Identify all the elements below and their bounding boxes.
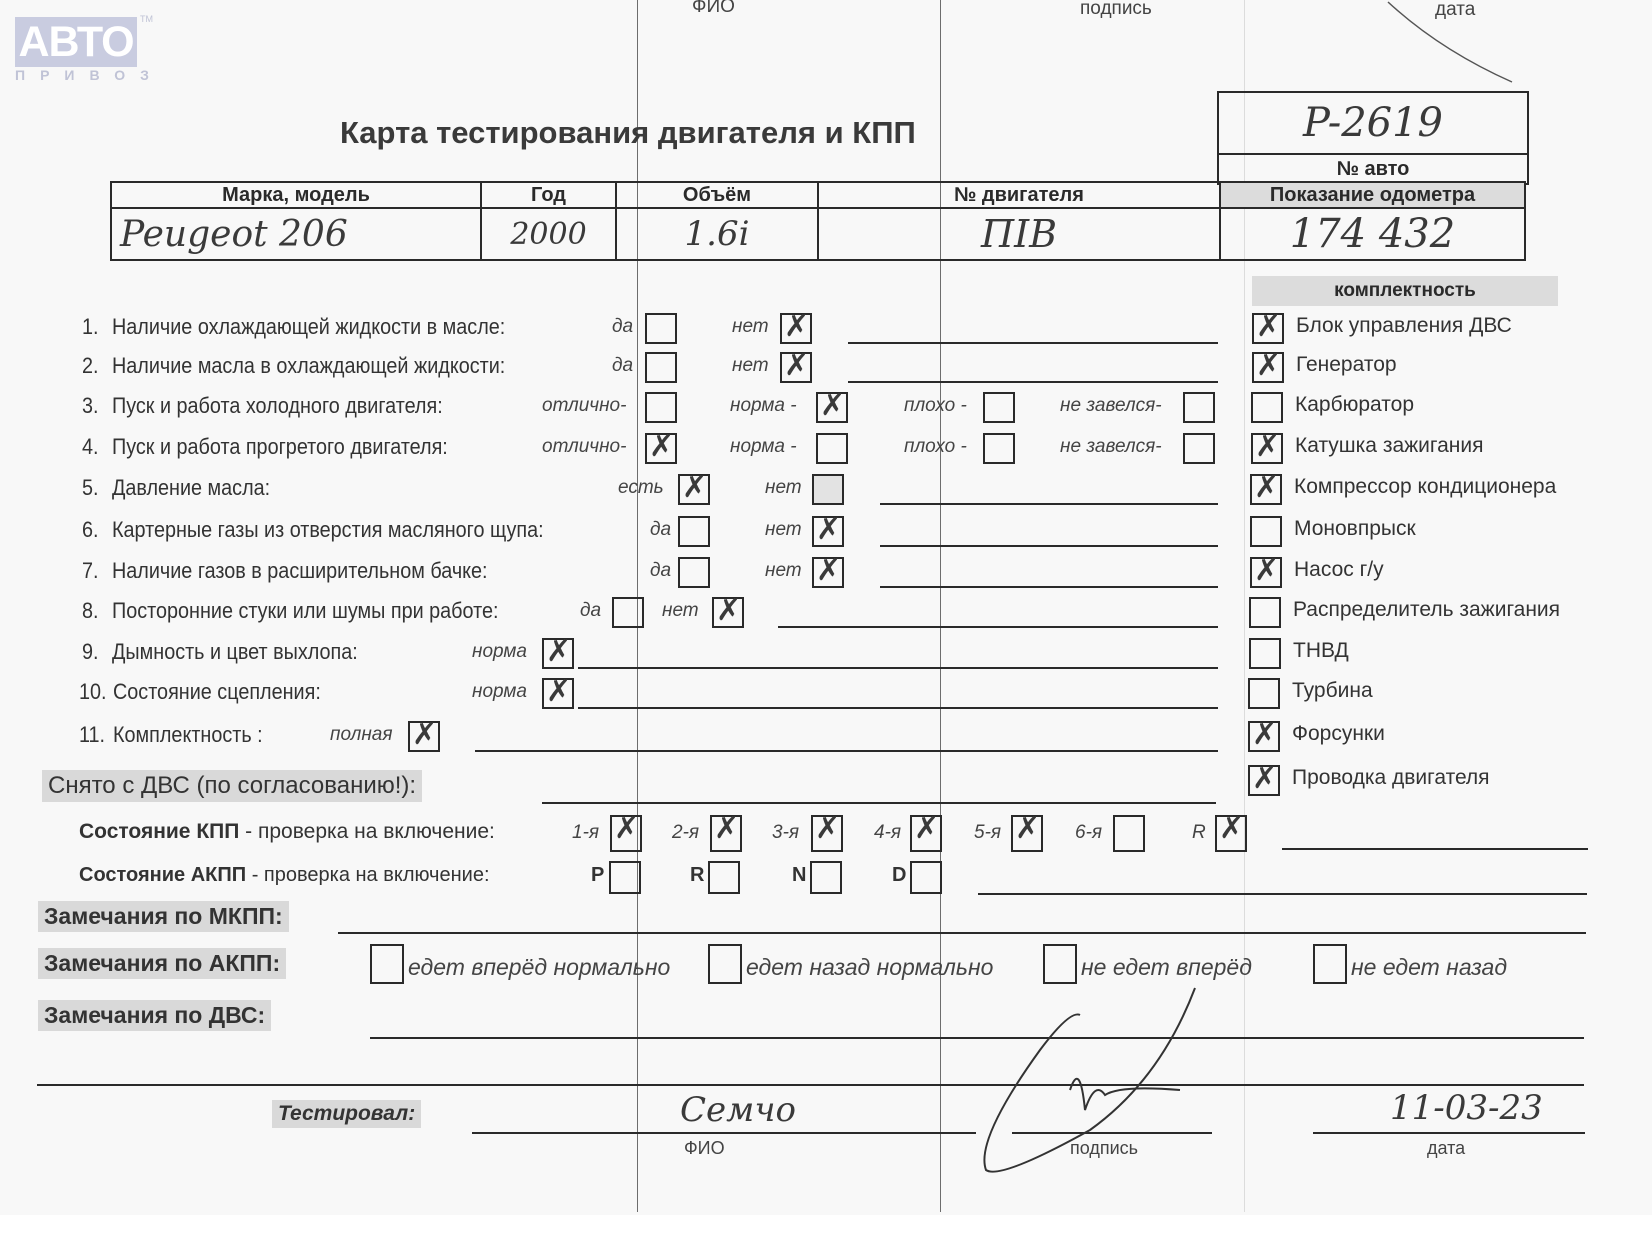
akpp-remark-label: не едет назад (1351, 954, 1507, 981)
akpp-mode-checkbox[interactable] (810, 861, 842, 894)
completeness-checkbox[interactable] (1249, 638, 1281, 669)
akpp-remarks-line[interactable] (978, 893, 1587, 895)
auto-number-value: P-2619 (1219, 93, 1527, 155)
question-1-notes-line[interactable] (848, 342, 1218, 344)
question-11-option-label: полная (330, 724, 393, 746)
question-6-text: Картерные газы из отверстия масляного щу… (112, 517, 544, 543)
akpp-label-rest: - проверка на включение: (246, 864, 489, 886)
question-3-text: Пуск и работа холодного двигателя: (112, 393, 443, 419)
question-10-option-label: норма (472, 681, 527, 703)
kpp-gear-label: 1-я (572, 822, 599, 844)
question-3-option-label: не завелся- (1060, 395, 1162, 417)
question-7-text: Наличие газов в расширительном бачке: (112, 558, 488, 584)
akpp-mode-label: D (892, 864, 906, 887)
question-8-checkbox[interactable] (612, 597, 644, 628)
completeness-checkbox[interactable] (1250, 557, 1282, 588)
question-8-text: Посторонние стуки или шумы при работе: (112, 598, 498, 624)
question-5-number: 5. (82, 475, 99, 501)
value-year: 2000 (481, 208, 616, 260)
kpp-gear-label: 2-я (672, 822, 699, 844)
question-2-checkbox[interactable] (780, 352, 812, 383)
question-9-option-label: норма (472, 641, 527, 663)
car-info-table: Марка, модель Год Объём № двигателя Пока… (110, 181, 1526, 261)
question-10-checkbox[interactable] (542, 678, 574, 709)
top-fio-label: ФИО (692, 0, 735, 18)
question-3-checkbox[interactable] (983, 392, 1015, 423)
question-3-checkbox[interactable] (645, 392, 677, 423)
question-5-notes-line[interactable] (880, 503, 1218, 505)
completeness-checkbox[interactable] (1252, 313, 1284, 344)
completeness-checkbox[interactable] (1248, 678, 1280, 709)
akpp-mode-checkbox[interactable] (708, 861, 740, 894)
completeness-checkbox[interactable] (1250, 474, 1282, 505)
question-4-option-label: отлично- (542, 436, 626, 458)
mkpp-remarks-heading: Замечания по МКПП: (38, 901, 289, 932)
header-make-model: Марка, модель (111, 182, 481, 208)
question-8-option-label: да (580, 600, 601, 622)
completeness-checkbox[interactable] (1251, 392, 1283, 423)
question-4-checkbox[interactable] (1183, 433, 1215, 464)
akpp-remark-checkbox[interactable] (708, 944, 742, 984)
completeness-checkbox[interactable] (1249, 597, 1281, 628)
question-2-option-label: да (612, 355, 633, 377)
completeness-item-label: Моновпрыск (1294, 517, 1416, 541)
header-volume: Объём (616, 182, 818, 208)
question-6-notes-line[interactable] (880, 545, 1218, 547)
completeness-checkbox[interactable] (1252, 352, 1284, 383)
page-title: Карта тестирования двигателя и КПП (340, 115, 916, 151)
completeness-item-label: Проводка двигателя (1292, 766, 1490, 790)
question-1-option-label: нет (732, 316, 769, 338)
akpp-label-bold: Состояние АКПП (79, 864, 246, 886)
auto-number-box: P-2619 № авто (1217, 91, 1529, 185)
completeness-checkbox[interactable] (1248, 765, 1280, 796)
kpp-label-bold: Состояние КПП (79, 820, 239, 843)
kpp-gear-checkbox[interactable] (1215, 815, 1247, 852)
question-8-option-label: нет (662, 600, 699, 622)
dvs-remarks-heading: Замечания по ДВС: (38, 1000, 271, 1031)
question-6-checkbox[interactable] (812, 516, 844, 547)
completeness-item-label: Карбюратор (1295, 393, 1414, 417)
kpp-gear-checkbox[interactable] (811, 815, 843, 852)
question-7-option-label: да (650, 560, 671, 582)
akpp-remark-label: едет вперёд нормально (408, 954, 670, 981)
question-4-option-label: не завелся- (1060, 436, 1162, 458)
question-2-option-label: нет (732, 355, 769, 377)
test-date-value: 11-03-23 (1390, 1088, 1543, 1128)
completeness-item-label: Блок управления ДВС (1296, 314, 1512, 338)
kpp-gear-checkbox[interactable] (910, 815, 942, 852)
question-9-number: 9. (82, 639, 99, 665)
question-9-notes-line[interactable] (578, 667, 1218, 669)
question-3-option-label: плохо - (904, 395, 967, 417)
question-11-checkbox[interactable] (408, 721, 440, 752)
question-10-number: 10. (79, 679, 107, 705)
value-make-model: Peugeot 206 (111, 208, 481, 260)
question-4-checkbox[interactable] (645, 433, 677, 464)
question-4-option-label: норма - (730, 436, 797, 458)
logo: АВТО (15, 17, 137, 67)
test-card-document: АВТО TM ПРИВОЗ ФИО подпись дата Карта те… (0, 0, 1652, 1215)
completeness-checkbox[interactable] (1251, 433, 1283, 464)
akpp-remarks-heading: Замечания по АКПП: (38, 948, 286, 979)
question-2-notes-line[interactable] (848, 381, 1218, 383)
question-9-text: Дымность и цвет выхлопа: (112, 639, 358, 665)
question-1-option-label: да (612, 316, 633, 338)
question-8-notes-line[interactable] (778, 626, 1218, 628)
completeness-item-label: ТНВД (1293, 639, 1349, 663)
kpp-gear-checkbox[interactable] (1011, 815, 1043, 852)
question-4-checkbox[interactable] (983, 433, 1015, 464)
header-year: Год (481, 182, 616, 208)
completeness-item-label: Форсунки (1292, 722, 1385, 746)
question-11-number: 11. (79, 722, 105, 748)
tester-signature (980, 980, 1210, 1180)
question-8-checkbox[interactable] (712, 597, 744, 628)
question-1-text: Наличие охлаждающей жидкости в масле: (112, 314, 505, 340)
removed-from-engine-heading: Снято с ДВС (по согласованию!): (42, 770, 422, 802)
question-7-notes-line[interactable] (880, 586, 1218, 588)
question-6-option-label: да (650, 519, 671, 541)
question-3-checkbox[interactable] (816, 392, 848, 423)
question-3-number: 3. (82, 393, 99, 419)
question-5-checkbox[interactable] (812, 474, 844, 505)
logo-subtitle: ПРИВОЗ (15, 67, 164, 83)
logo-tm: TM (140, 14, 153, 24)
question-10-text: Состояние сцепления: (113, 679, 321, 705)
question-7-option-label: нет (765, 560, 802, 582)
akpp-mode-label: P (591, 864, 604, 887)
value-engine-number: ПIB (818, 208, 1220, 260)
auto-number-label: № авто (1219, 155, 1527, 183)
value-volume: 1.6i (616, 208, 818, 260)
question-2-number: 2. (82, 353, 99, 379)
akpp-remark-checkbox[interactable] (1313, 944, 1347, 984)
akpp-remark-checkbox[interactable] (370, 944, 404, 984)
test-date-line[interactable] (1313, 1132, 1585, 1134)
header-odometer: Показание одометра (1220, 182, 1525, 208)
kpp-gear-checkbox[interactable] (1113, 815, 1145, 852)
akpp-remark-checkbox[interactable] (1043, 944, 1077, 984)
kpp-gear-checkbox[interactable] (610, 815, 642, 852)
tested-by-label: Тестировал: (272, 1100, 421, 1128)
question-10-notes-line[interactable] (578, 707, 1218, 709)
kpp-remarks-line[interactable] (1282, 848, 1588, 850)
question-9-checkbox[interactable] (542, 638, 574, 669)
question-6-number: 6. (82, 517, 99, 543)
test-date-label: дата (1427, 1138, 1465, 1159)
question-6-checkbox[interactable] (678, 516, 710, 547)
question-7-checkbox[interactable] (678, 557, 710, 588)
question-2-text: Наличие масла в охлаждающей жидкости: (112, 353, 505, 379)
question-5-option-label: есть (618, 477, 664, 499)
question-5-text: Давление масла: (112, 475, 270, 501)
kpp-gear-label: 4-я (874, 822, 901, 844)
question-4-text: Пуск и работа прогретого двигателя: (112, 434, 448, 460)
question-1-checkbox[interactable] (645, 313, 677, 344)
question-8-number: 8. (82, 598, 99, 624)
question-6-option-label: нет (765, 519, 802, 541)
kpp-gear-label: 3-я (772, 822, 799, 844)
akpp-mode-checkbox[interactable] (609, 861, 641, 894)
kpp-gear-label: 6-я (1075, 822, 1102, 844)
completeness-item-label: Турбина (1292, 679, 1373, 703)
question-11-notes-line[interactable] (475, 750, 1218, 752)
akpp-remark-label: едет назад нормально (746, 954, 993, 981)
completeness-checkbox[interactable] (1248, 721, 1280, 752)
question-3-option-label: норма - (730, 395, 797, 417)
question-5-checkbox[interactable] (678, 474, 710, 505)
completeness-item-label: Катушка зажигания (1295, 434, 1483, 458)
tester-name-label: ФИО (684, 1138, 725, 1159)
akpp-mode-label: N (792, 864, 806, 887)
dvs-remarks-line[interactable] (370, 1037, 1584, 1039)
kpp-gear-label: 5-я (974, 822, 1001, 844)
kpp-label-rest: - проверка на включение: (239, 820, 495, 843)
kpp-label: Состояние КПП - проверка на включение: (79, 820, 495, 844)
question-1-checkbox[interactable] (780, 313, 812, 344)
value-odometer: 174 432 (1220, 208, 1525, 260)
tester-name-value: Семчо (680, 1090, 796, 1130)
question-4-number: 4. (82, 434, 99, 460)
akpp-mode-label: R (690, 864, 704, 887)
mkpp-remarks-line[interactable] (338, 932, 1586, 934)
question-4-checkbox[interactable] (816, 433, 848, 464)
akpp-remark-label: не едет вперёд (1081, 954, 1252, 981)
signature-stroke (1380, 0, 1520, 90)
question-11-text: Комплектность : (113, 722, 263, 748)
removed-line[interactable] (542, 802, 1216, 804)
tester-name-line[interactable] (472, 1132, 976, 1134)
question-2-checkbox[interactable] (645, 352, 677, 383)
completeness-item-label: Компрессор кондиционера (1294, 475, 1556, 499)
dvs-remarks-line-2[interactable] (37, 1084, 1584, 1086)
completeness-item-label: Распределитель зажигания (1293, 598, 1560, 622)
question-7-number: 7. (82, 558, 99, 584)
question-3-option-label: отлично- (542, 395, 626, 417)
top-signature-label: подпись (1080, 0, 1152, 20)
completeness-item-label: Насос г/у (1294, 558, 1384, 582)
question-5-option-label: нет (765, 477, 802, 499)
question-7-checkbox[interactable] (812, 557, 844, 588)
akpp-mode-checkbox[interactable] (910, 861, 942, 894)
kpp-gear-checkbox[interactable] (710, 815, 742, 852)
completeness-checkbox[interactable] (1250, 516, 1282, 547)
question-1-number: 1. (82, 314, 99, 340)
completeness-item-label: Генератор (1296, 353, 1397, 377)
question-3-checkbox[interactable] (1183, 392, 1215, 423)
question-4-option-label: плохо - (904, 436, 967, 458)
completeness-title: комплектность (1252, 276, 1558, 306)
header-engine-number: № двигателя (818, 182, 1220, 208)
akpp-label: Состояние АКПП - проверка на включение: (79, 864, 490, 887)
kpp-gear-label: R (1192, 822, 1206, 844)
